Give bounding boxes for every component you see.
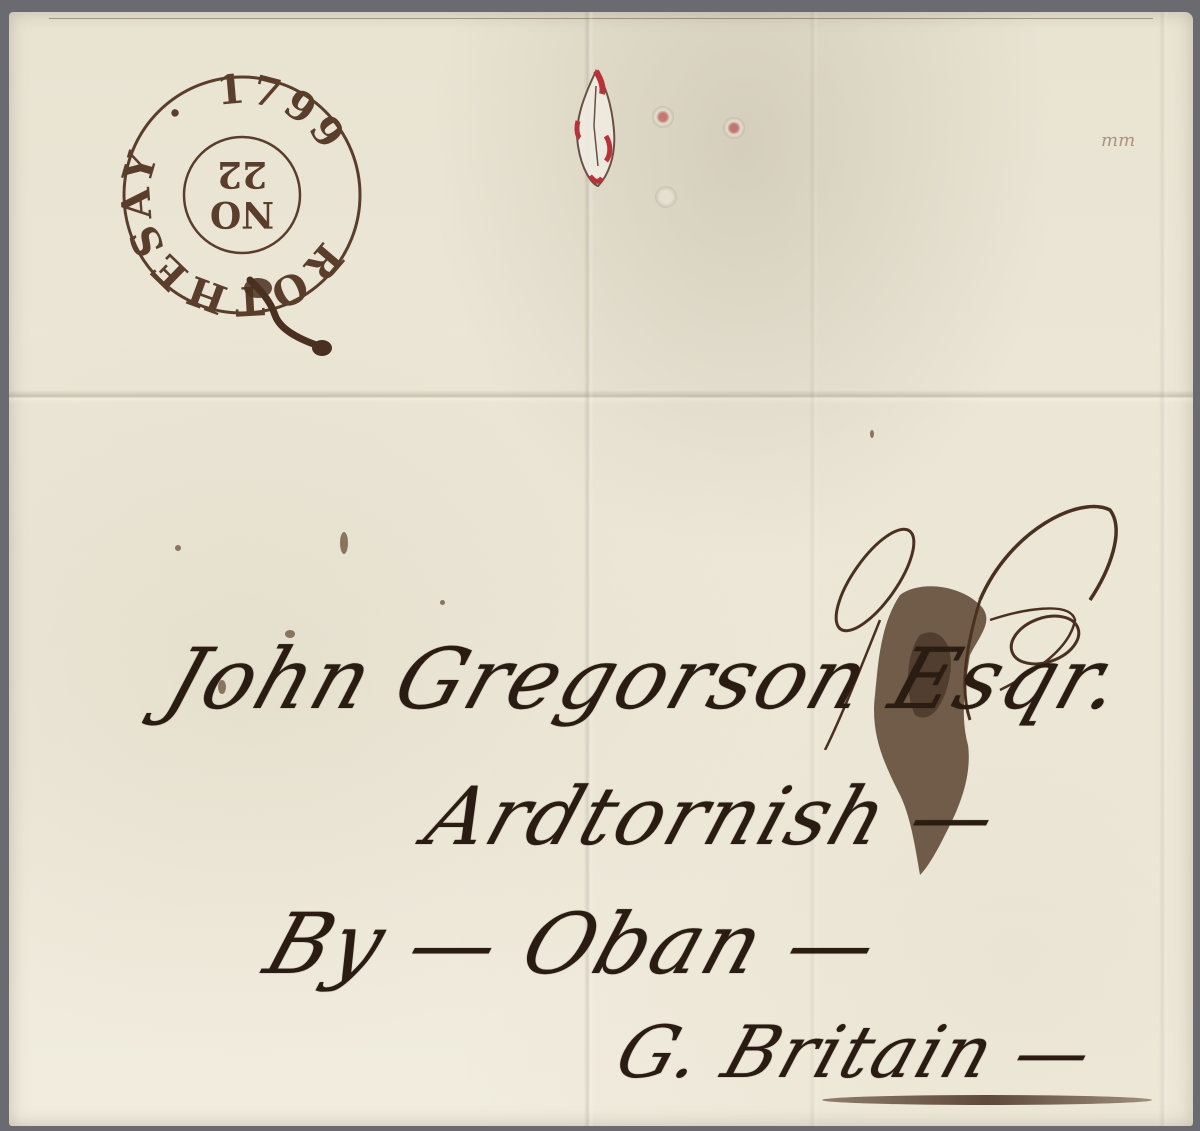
ink-speck: [175, 545, 181, 551]
postmark-day: 22: [217, 153, 267, 195]
postmark-ink-smudge-icon: [230, 270, 340, 370]
wax-seal-icon: [568, 66, 628, 196]
horizontal-fold: [9, 390, 1193, 404]
postmark-year: 1799: [215, 68, 356, 160]
ink-speck: [218, 680, 226, 694]
ink-speck: [440, 600, 445, 605]
postmark-month: NO: [210, 193, 274, 235]
ink-speck: [285, 630, 295, 638]
address-line-country: G. Britain —: [606, 1010, 1105, 1094]
vertical-fold-right: [1159, 12, 1169, 1126]
ink-speck: [340, 532, 348, 554]
faint-offset-marking: mm: [1101, 130, 1135, 151]
top-flap-edge: [49, 12, 1153, 19]
address-line-place: Ardtornish —: [415, 770, 1010, 863]
address-line-name: John Gregorson Esqr.: [154, 630, 1137, 728]
wax-seal: [568, 66, 628, 196]
address-line-route: By — Oban —: [254, 895, 892, 993]
address-underline: [822, 1095, 1152, 1105]
ink-speck: [870, 430, 874, 438]
